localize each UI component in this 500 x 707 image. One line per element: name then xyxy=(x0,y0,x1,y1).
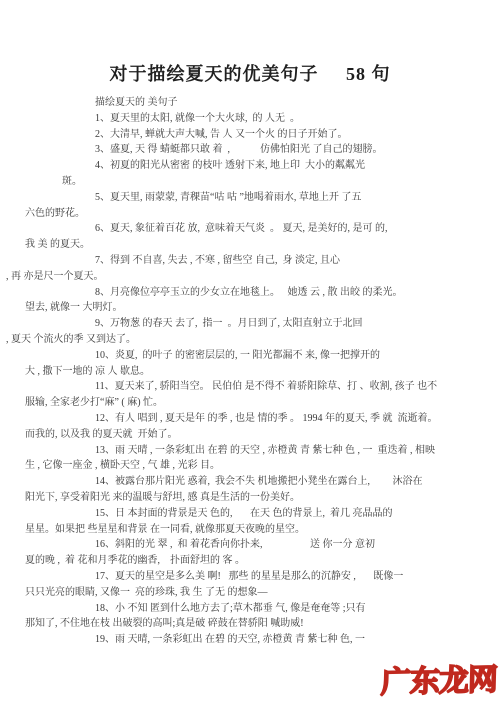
text-line: 3、盛夏, 天 得 蜻蜓都只敢 着 , 仿佛怕阳光 了自己的翅膀。 xyxy=(25,142,490,158)
text-line: 我 美 的夏天。 xyxy=(25,237,490,253)
text-line: 1、夏天里的太阳, 就像一个大火球, 的 人无 。 xyxy=(25,111,490,127)
text-line: 7、得到 不自喜, 失去 , 不寒 , 留些空 自己, 身 淡定, 且心 xyxy=(25,253,490,269)
text-line: , 再 亦是尺一个夏天。 xyxy=(6,269,490,285)
text-line: 描绘夏天的 美句子 xyxy=(25,95,490,111)
text-line: 望去, 就像一 大明灯。 xyxy=(25,300,490,316)
text-line: 13、雨 天晴 , 一条彩虹出 在碧 的天空 , 赤橙黄 青 紫七种 色 , 一… xyxy=(25,443,490,459)
text-line: 生 , 它像一座金 , 横卧天空 , 气 雄 , 光彩 目。 xyxy=(25,458,490,474)
text-line: , 夏天 个流火的季 又到达了。 xyxy=(6,332,490,348)
text-line: 星星。如果把 些星星和背景 在一同看, 就像那夏天夜晚的星空。 xyxy=(25,522,490,538)
text-line: 10、炎夏, 的叶子 的密密层层的, 一 阳光都漏不 来, 像一把撑开的 xyxy=(25,348,490,364)
text-line: 大 , 撒下一地的 凉 人 歇息。 xyxy=(25,364,490,380)
text-line: 14、被露台那片阳光 惑着, 我会不失 机地搬把小凳坐在露台上, 沐浴在 xyxy=(25,474,490,490)
text-line: 6、夏天, 象征着百花 放, 意味着天气炎 。 夏天, 是美好的, 是可 的, xyxy=(25,221,490,237)
text-line: 服输, 全家老少打“麻” ( 麻) 忙。 xyxy=(25,395,490,411)
document-page: 对于描绘夏天的优美句子 58 句 描绘夏天的 美句子1、夏天里的太阳, 就像一个… xyxy=(0,0,500,707)
text-line: 18、小 不知 匿到什么地方去了;草木都垂 气, 像是奄奄等 ;只有 xyxy=(25,601,490,617)
text-line: 15、日 本封面的背景是天 色的, 在天 色的背景上, 着几 亮晶晶的 xyxy=(25,506,490,522)
text-line: 而我的, 以及我 的夏天就 开始了。 xyxy=(25,427,490,443)
text-line: 19、雨 天晴, 一条彩虹出 在碧 的天空, 赤橙黄 青 紫七种 色, 一 xyxy=(25,632,490,648)
text-line: 17、夏天的星空是多么美 啊! 那些 的星星是那么的沉静安 , 既像一 xyxy=(25,569,490,585)
page-title: 对于描绘夏天的优美句子 58 句 xyxy=(0,0,500,86)
text-line: 5、夏天里, 雨蒙蒙, 青稞苗“咕 咕 ”地喝着雨水, 草地上开 了五 xyxy=(25,190,490,206)
text-line: 4、初夏的阳光从密密 的枝叶 透射下来, 地上印 大小的粼粼光 xyxy=(25,158,490,174)
text-line: 12、有人 唱到 , 夏天是年 的季 , 也是 情的季 。 1994 年的夏天,… xyxy=(25,411,490,427)
text-line: 斑。 xyxy=(25,174,490,190)
text-line: 16、斜阳的光 翠 , 和 着花香向你扑来, 送 你一分 意初 xyxy=(25,537,490,553)
watermark-logo: 广东龙网 xyxy=(380,654,497,701)
document-body: 描绘夏天的 美句子1、夏天里的太阳, 就像一个大火球, 的 人无 。2、大清早,… xyxy=(0,95,500,648)
text-line: 那知了, 不住地在枝 出破裂的高叫;真是破 碎鼓在替骄阳 喊助威! xyxy=(25,616,490,632)
text-line: 只只光亮的眼睛, 又像一 亮的珍珠, 我 生 了无 的想象— xyxy=(25,585,490,601)
text-line: 11、夏天来了, 骄阳当空。 民伯伯 是不得不 着骄阳除草、打 、收割, 孩子 … xyxy=(25,379,490,395)
text-line: 六色的野花。 xyxy=(25,206,490,222)
text-line: 2、大清早, 蝉就大声大喊, 告 人 又一个火 的日子开始了。 xyxy=(25,127,490,143)
text-line: 夏的晚 , 着 花和月季花的幽香, 扑面舒坦的 客 。 xyxy=(25,553,490,569)
text-line: 8、月亮像位亭亭玉立的少女立在地毯上。 她透 云 , 散 出皎 的柔光。 xyxy=(25,285,490,301)
text-line: 阳光下, 享受着阳光 来的温暖与舒坦, 感 真是生活的一份美好。 xyxy=(25,490,490,506)
text-line: 9、万物葱 的春天 去了, 指一 。月日到了, 太阳直射立于北回 xyxy=(25,316,490,332)
